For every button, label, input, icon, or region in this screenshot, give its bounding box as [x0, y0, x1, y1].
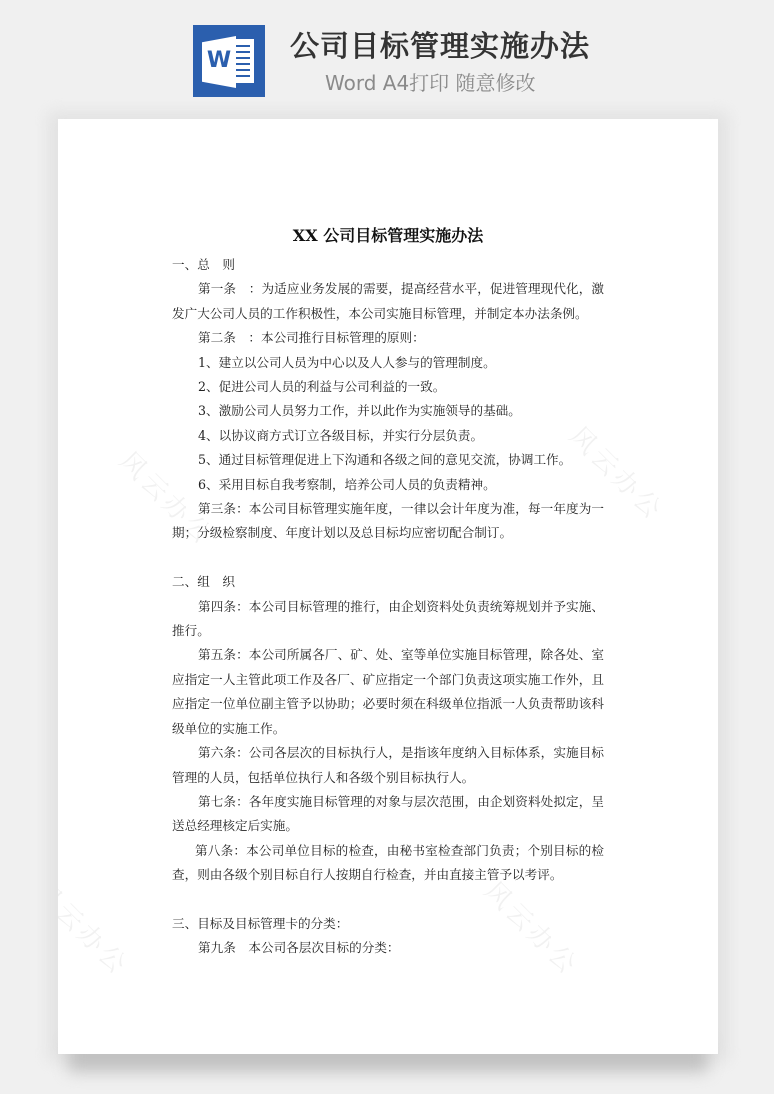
- word-letter: W: [204, 47, 234, 75]
- blank-line: [172, 888, 604, 912]
- paragraph: 第七条：各年度实施目标管理的对象与层次范围，由企划资料处拟定，呈送总经理核定后实…: [172, 790, 604, 839]
- paragraph: 第二条 ：本公司推行目标管理的原则：: [172, 326, 604, 350]
- paragraph: 5、通过目标管理促进上下沟通和各级之间的意见交流，协调工作。: [172, 448, 604, 472]
- paragraph: 第五条：本公司所属各厂、矿、处、室等单位实施目标管理，除各处、室应指定一人主管此…: [172, 643, 604, 741]
- paragraph: 2、促进公司人员的利益与公司利益的一致。: [172, 375, 604, 399]
- paragraph: 4、以协议商方式订立各级目标，并实行分层负责。: [172, 424, 604, 448]
- paragraph: 第八条：本公司单位目标的检查，由秘书室检查部门负责；个别目标的检查，则由各级个别…: [172, 839, 604, 888]
- blank-line: [172, 546, 604, 570]
- document-title: XX 公司目标管理实施办法: [58, 223, 718, 249]
- section-heading: 一、总 则: [172, 253, 604, 277]
- page-subtitle: Word A4打印 随意修改: [325, 69, 536, 97]
- paragraph: 第六条：公司各层次的目标执行人，是指该年度纳入目标体系，实施目标管理的人员，包括…: [172, 741, 604, 790]
- paragraph: 第三条：本公司目标管理实施年度，一律以会计年度为准，每一年度为一期；分级检察制度…: [172, 497, 604, 546]
- paragraph: 第一条 ：为适应业务发展的需要，提高经营水平，促进管理现代化，激发广大公司人员的…: [172, 277, 604, 326]
- header-banner: W 公司目标管理实施办法 Word A4打印 随意修改: [0, 0, 774, 118]
- paragraph: 6、采用目标自我考察制，培养公司人员的负责精神。: [172, 473, 604, 497]
- paragraph: 第四条：本公司目标管理的推行，由企划资料处负责统筹规划并予实施、推行。: [172, 595, 604, 644]
- paragraph: 3、激励公司人员努力工作，并以此作为实施领导的基础。: [172, 399, 604, 423]
- page-title: 公司目标管理实施办法: [290, 26, 590, 66]
- document-body: 一、总 则第一条 ：为适应业务发展的需要，提高经营水平，促进管理现代化，激发广大…: [172, 253, 604, 961]
- paragraph: 第九条 本公司各层次目标的分类：: [172, 936, 604, 960]
- paragraph: 1、建立以公司人员为中心以及人人参与的管理制度。: [172, 351, 604, 375]
- watermark: 风云办公: [58, 872, 139, 983]
- section-heading: 三、目标及目标管理卡的分类：: [172, 912, 604, 936]
- section-heading: 二、组 织: [172, 570, 604, 594]
- document-page: 风云办公 风云办公 风云办公 风云办公 XX 公司目标管理实施办法 一、总 则第…: [58, 119, 718, 1054]
- word-document-icon: W: [193, 25, 265, 97]
